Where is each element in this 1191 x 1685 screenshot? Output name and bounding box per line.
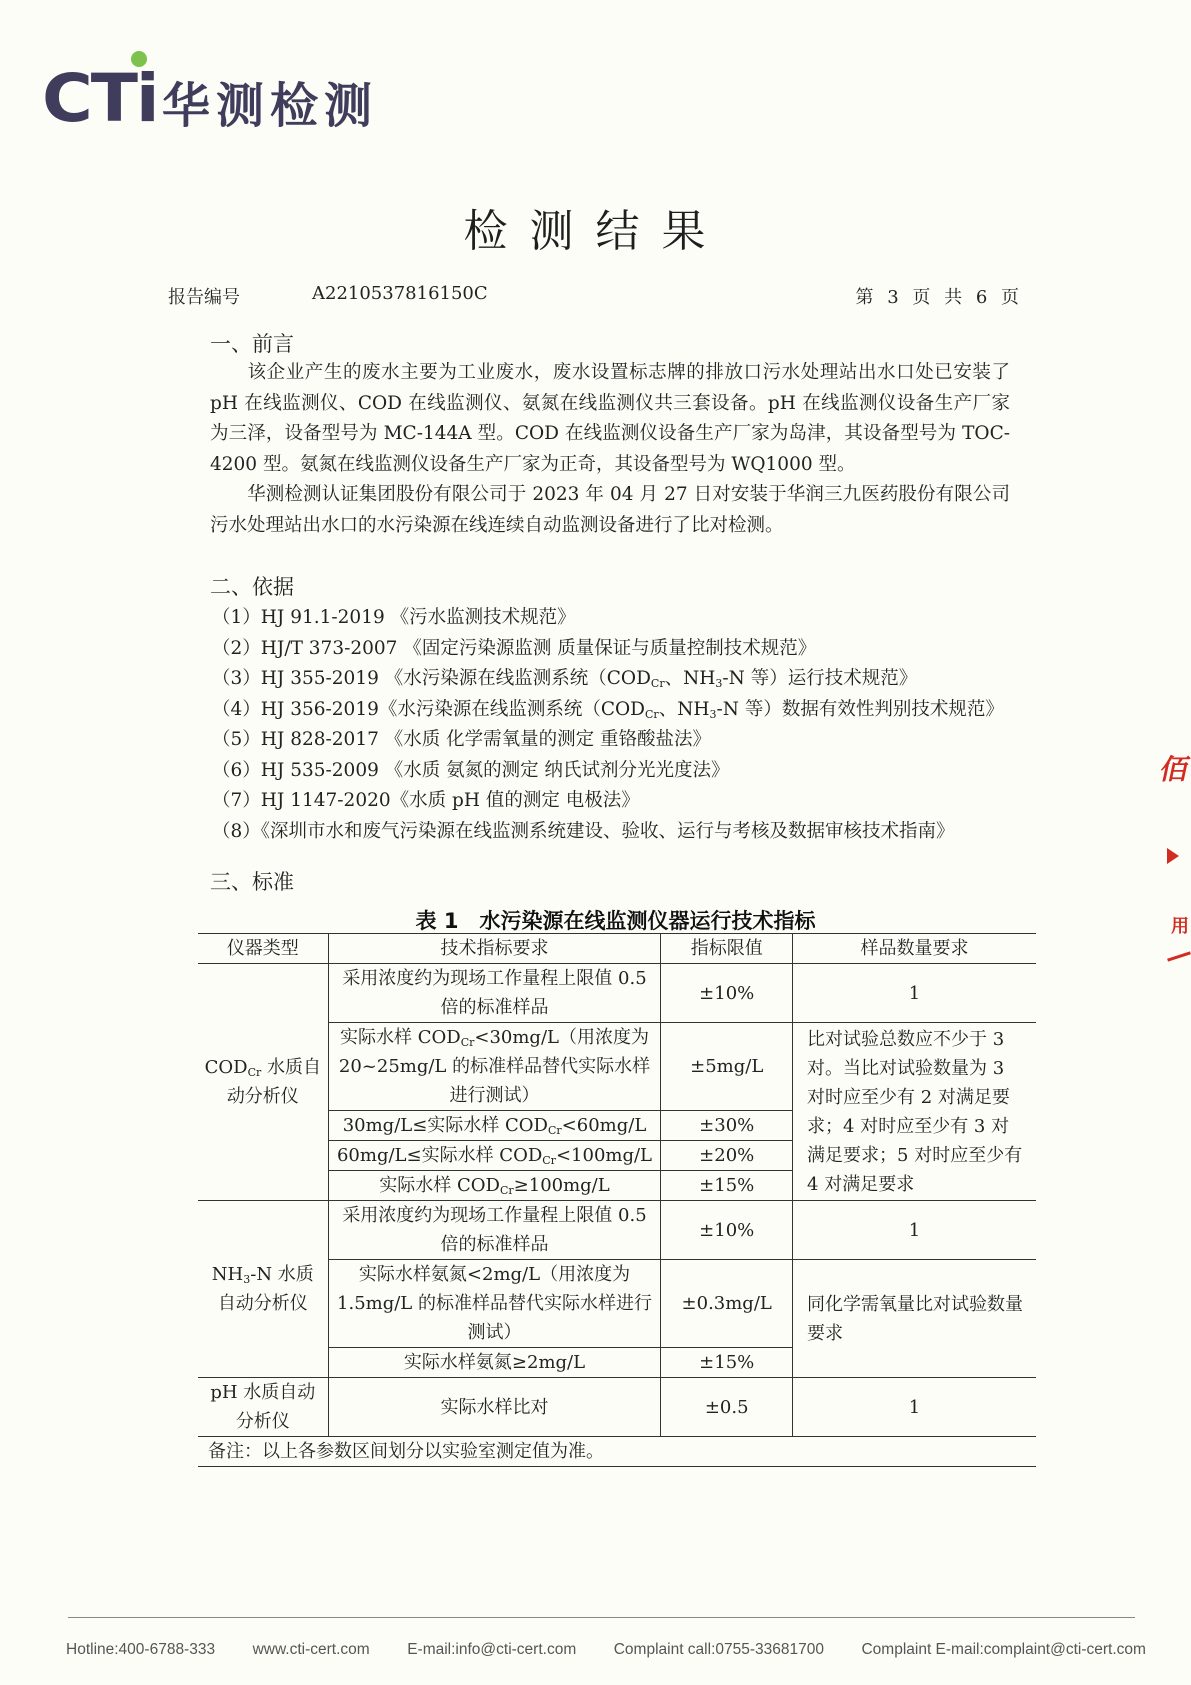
reference-item: （2）HJ/T 373-2007 《固定污染源监测 质量保证与质量控制技术规范》 <box>212 634 1004 665</box>
sample-count-cell-shared: 比对试验总数应不少于 3 对。当比对试验数量为 3 对时应至少有 2 对满足要求… <box>793 1023 1036 1201</box>
limit-cell: ±0.5 <box>661 1378 793 1437</box>
section-standard-title: 三、标准 <box>210 866 294 896</box>
intro-paragraph-2-text: 华测检测认证集团股份有限公司于 2023 年 04 月 27 日对安装于华润三九… <box>210 484 1010 536</box>
instrument-type-nh3n: NH3-N 水质自动分析仪 <box>198 1201 328 1378</box>
footer-website[interactable]: www.cti-cert.com <box>253 1641 370 1659</box>
footer-divider <box>68 1617 1135 1618</box>
limit-cell: ±5mg/L <box>661 1023 793 1111</box>
logo-cn-text: 华测检测 <box>162 80 378 132</box>
instrument-type-cod: CODCr 水质自动分析仪 <box>198 964 328 1201</box>
table-row: CODCr 水质自动分析仪 采用浓度约为现场工作量程上限值 0.5 倍的标准样品… <box>198 964 1036 1023</box>
col-header-sample-count: 样品数量要求 <box>793 934 1036 964</box>
intro-paragraph-1: 该企业产生的废水主要为工业废水，废水设置标志牌的排放口污水处理站出水口处已安装了… <box>210 358 1010 480</box>
reference-item: （7）HJ 1147-2020《水质 pH 值的测定 电极法》 <box>212 786 1004 817</box>
reference-item: （5）HJ 828-2017 《水质 化学需氧量的测定 重铬酸盐法》 <box>212 725 1004 756</box>
table-note: 备注：以上各参数区间划分以实验室测定值为准。 <box>198 1437 1036 1467</box>
section-intro-title: 一、前言 <box>210 328 294 358</box>
reference-item: （4）HJ 356-2019《水污染源在线监测系统（CODCr、NH3-N 等）… <box>212 695 1004 726</box>
report-number: A2210537816150C <box>312 283 488 304</box>
reference-item: （3）HJ 355-2019 《水污染源在线监测系统（CODCr、NH3-N 等… <box>212 664 1004 695</box>
footer-hotline: Hotline:400-6788-333 <box>66 1641 215 1659</box>
sample-count-cell-shared: 同化学需氧量比对试验数量要求 <box>793 1260 1036 1378</box>
requirement-cell: 30mg/L≤实际水样 CODCr<60mg/L <box>328 1111 661 1141</box>
limit-cell: ±15% <box>661 1171 793 1201</box>
footer-email[interactable]: E-mail:info@cti-cert.com <box>407 1641 576 1659</box>
col-header-limit: 指标限值 <box>661 934 793 964</box>
sample-count-cell: 1 <box>793 964 1036 1023</box>
logo-cti-text: CTi <box>42 66 158 132</box>
requirement-cell: 实际水样比对 <box>328 1378 661 1437</box>
requirement-cell: 实际水样氨氮<2mg/L（用浓度为 1.5mg/L 的标准样品替代实际水样进行测… <box>328 1260 661 1348</box>
limit-cell: ±10% <box>661 964 793 1023</box>
requirement-cell: 采用浓度约为现场工作量程上限值 0.5 倍的标准样品 <box>328 964 661 1023</box>
limit-cell: ±30% <box>661 1111 793 1141</box>
instrument-type-ph: pH 水质自动分析仪 <box>198 1378 328 1437</box>
page-indicator: 第 3 页 共 6 页 <box>855 283 1023 309</box>
reference-item: （8）《深圳市水和废气污染源在线监测系统建设、验收、运行与考核及数据审核技术指南… <box>212 817 1004 848</box>
reference-item: （6）HJ 535-2009 《水质 氨氮的测定 纳氏试剂分光光度法》 <box>212 756 1004 787</box>
seal-stamp-fragment: 佰 <box>1157 748 1191 788</box>
intro-paragraph-1-text: 该企业产生的废水主要为工业废水，废水设置标志牌的排放口污水处理站出水口处已安装了… <box>210 362 1010 475</box>
table-header-row: 仪器类型 技术指标要求 指标限值 样品数量要求 <box>198 934 1036 964</box>
standards-table: 仪器类型 技术指标要求 指标限值 样品数量要求 CODCr 水质自动分析仪 采用… <box>198 933 1036 1467</box>
requirement-cell: 60mg/L≤实际水样 CODCr<100mg/L <box>328 1141 661 1171</box>
table-row: pH 水质自动分析仪 实际水样比对 ±0.5 1 <box>198 1378 1036 1437</box>
seal-stamp-triangle-icon <box>1167 848 1179 864</box>
footer-complaint-email[interactable]: Complaint E-mail:complaint@cti-cert.com <box>861 1641 1145 1659</box>
requirement-cell: 实际水样 CODCr<30mg/L（用浓度为 20~25mg/L 的标准样品替代… <box>328 1023 661 1111</box>
seal-stamp-fragment: 用 <box>1171 912 1189 938</box>
seal-stamp-line <box>1167 951 1191 961</box>
requirement-cell: 采用浓度约为现场工作量程上限值 0.5 倍的标准样品 <box>328 1201 661 1260</box>
sample-count-cell: 1 <box>793 1378 1036 1437</box>
intro-paragraph-2: 华测检测认证集团股份有限公司于 2023 年 04 月 27 日对安装于华润三九… <box>210 480 1010 541</box>
sample-count-cell: 1 <box>793 1201 1036 1260</box>
logo-dot-icon <box>131 51 147 67</box>
table-row: NH3-N 水质自动分析仪 采用浓度约为现场工作量程上限值 0.5 倍的标准样品… <box>198 1201 1036 1260</box>
requirement-cell: 实际水样氨氮≥2mg/L <box>328 1348 661 1378</box>
col-header-instrument-type: 仪器类型 <box>198 934 328 964</box>
reference-list: （1）HJ 91.1-2019 《污水监测技术规范》 （2）HJ/T 373-2… <box>212 603 1004 847</box>
report-number-label: 报告编号 <box>168 283 240 309</box>
page-footer: Hotline:400-6788-333 www.cti-cert.com E-… <box>66 1641 1146 1659</box>
limit-cell: ±10% <box>661 1201 793 1260</box>
table-note-row: 备注：以上各参数区间划分以实验室测定值为准。 <box>198 1437 1036 1467</box>
section-basis-title: 二、依据 <box>210 571 294 601</box>
requirement-cell: 实际水样 CODCr≥100mg/L <box>328 1171 661 1201</box>
footer-complaint-call: Complaint call:0755-33681700 <box>614 1641 824 1659</box>
page-title: 检测结果 <box>0 195 1191 259</box>
reference-item: （1）HJ 91.1-2019 《污水监测技术规范》 <box>212 603 1004 634</box>
table-caption: 表 1 水污染源在线监测仪器运行技术指标 <box>0 905 1191 935</box>
col-header-requirement: 技术指标要求 <box>328 934 661 964</box>
limit-cell: ±0.3mg/L <box>661 1260 793 1348</box>
limit-cell: ±20% <box>661 1141 793 1171</box>
limit-cell: ±15% <box>661 1348 793 1378</box>
